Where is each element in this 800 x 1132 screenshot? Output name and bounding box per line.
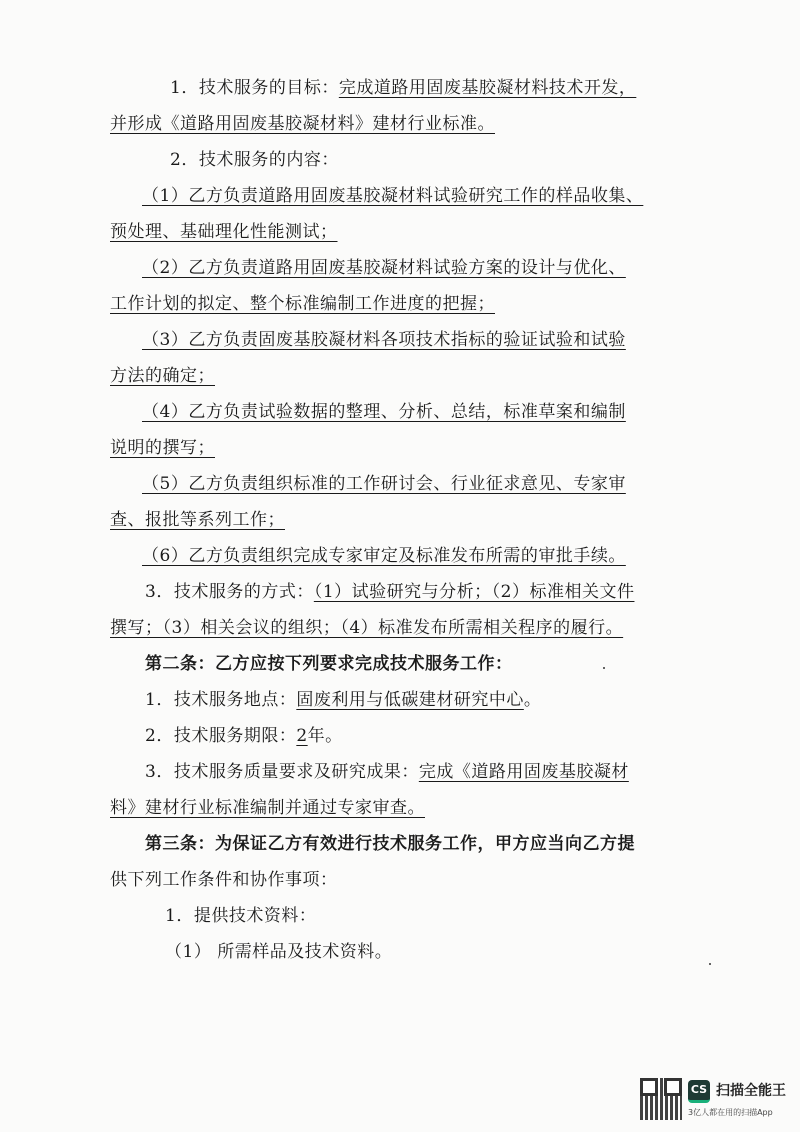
filled-value: 说明的撰写； — [110, 438, 215, 458]
target-line-2: 并形成《道路用固废基胶凝材料》建材行业标准。 — [110, 112, 495, 136]
filled-value: 方法的确定； — [110, 366, 215, 386]
filled-value: （1）试验研究与分析；（2）标准相关文件 — [314, 582, 635, 602]
label: （1） 所需样品及技术资料。 — [165, 942, 392, 962]
quality-line-2: 料》建材行业标准编制并通过专家审查。 — [110, 796, 425, 820]
filled-value: 撰写；（3）相关会议的组织；（4）标准发布所需相关程序的履行。 — [110, 618, 623, 638]
content-item-6: （6）乙方负责组织完成专家审定及标准发布所需的审批手续。 — [142, 544, 626, 568]
article-2-heading: 第二条：乙方应按下列要求完成技术服务工作： — [145, 652, 513, 676]
app-slogan: 3亿人都在用的扫描App — [688, 1107, 773, 1118]
label: 1．提供技术资料： — [165, 906, 316, 926]
service-period: 2．技术服务期限：2年。 — [145, 724, 343, 748]
label: 供下列工作条件和协作事项： — [110, 870, 338, 890]
content-heading: 2．技术服务的内容： — [170, 148, 339, 172]
provide-materials-heading: 1．提供技术资料： — [165, 904, 316, 928]
label: 3．技术服务质量要求及研究成果： — [145, 762, 419, 782]
camscanner-logo-icon: CS — [688, 1080, 710, 1103]
qr-code-icon — [640, 1078, 682, 1120]
label: 第三条：为保证乙方有效进行技术服务工作，甲方应当向乙方提 — [145, 834, 635, 854]
method-line-2: 撰写；（3）相关会议的组织；（4）标准发布所需相关程序的履行。 — [110, 616, 623, 640]
filled-value: （1）乙方负责道路用固废基胶凝材料试验研究工作的样品收集、 — [142, 186, 643, 206]
filled-value: 2 — [296, 726, 307, 746]
content-item-3a: （3）乙方负责固废基胶凝材料各项技术指标的验证试验和试验 — [142, 328, 626, 352]
filled-value: 预处理、基础理化性能测试； — [110, 222, 338, 242]
content-item-4a: （4）乙方负责试验数据的整理、分析、总结，标准草案和编制 — [142, 400, 626, 424]
filled-value: （6）乙方负责组织完成专家审定及标准发布所需的审批手续。 — [142, 546, 626, 566]
method-line-1: 3．技术服务的方式：（1）试验研究与分析；（2）标准相关文件 — [145, 580, 634, 604]
scan-speck — [603, 667, 605, 669]
label: 第二条：乙方应按下列要求完成技术服务工作： — [145, 654, 513, 674]
filled-value: （3）乙方负责固废基胶凝材料各项技术指标的验证试验和试验 — [142, 330, 626, 350]
label: 2．技术服务期限： — [145, 726, 296, 746]
suffix: 。 — [524, 690, 542, 710]
label: 2．技术服务的内容： — [170, 150, 339, 170]
article-3-line-2: 供下列工作条件和协作事项： — [110, 868, 338, 892]
label: 3．技术服务的方式： — [145, 582, 314, 602]
suffix: 年。 — [308, 726, 343, 746]
filled-value: 固废利用与低碳建材研究中心 — [296, 690, 524, 710]
filled-value: 并形成《道路用固废基胶凝材料》建材行业标准。 — [110, 114, 495, 134]
target-line-1: 1．技术服务的目标：完成道路用固废基胶凝材料技术开发， — [170, 76, 636, 100]
content-item-2a: （2）乙方负责道路用固废基胶凝材料试验方案的设计与优化、 — [142, 256, 626, 280]
content-item-1b: 预处理、基础理化性能测试； — [110, 220, 338, 244]
label: 1．技术服务的目标： — [170, 78, 339, 98]
scan-speck — [709, 963, 711, 965]
label: 1．技术服务地点： — [145, 690, 296, 710]
filled-value: （5）乙方负责组织标准的工作研讨会、行业征求意见、专家审 — [142, 474, 626, 494]
filled-value: 完成《道路用固废基胶凝材 — [419, 762, 629, 782]
content-item-1a: （1）乙方负责道路用固废基胶凝材料试验研究工作的样品收集、 — [142, 184, 643, 208]
article-3-line-1: 第三条：为保证乙方有效进行技术服务工作，甲方应当向乙方提 — [145, 832, 635, 856]
app-name: 扫描全能王 — [716, 1080, 786, 1100]
content-item-5b: 查、报批等系列工作； — [110, 508, 285, 532]
content-item-3b: 方法的确定； — [110, 364, 215, 388]
filled-value: （4）乙方负责试验数据的整理、分析、总结，标准草案和编制 — [142, 402, 626, 422]
content-item-2b: 工作计划的拟定、整个标准编制工作进度的把握； — [110, 292, 495, 316]
filled-value: 料》建材行业标准编制并通过专家审查。 — [110, 798, 425, 818]
content-item-4b: 说明的撰写； — [110, 436, 215, 460]
content-item-5a: （5）乙方负责组织标准的工作研讨会、行业征求意见、专家审 — [142, 472, 626, 496]
filled-value: （2）乙方负责道路用固废基胶凝材料试验方案的设计与优化、 — [142, 258, 626, 278]
provide-materials-item-1: （1） 所需样品及技术资料。 — [165, 940, 392, 964]
filled-value: 工作计划的拟定、整个标准编制工作进度的把握； — [110, 294, 495, 314]
filled-value: 查、报批等系列工作； — [110, 510, 285, 530]
filled-value: 完成道路用固废基胶凝材料技术开发， — [339, 78, 637, 98]
quality-line-1: 3．技术服务质量要求及研究成果：完成《道路用固废基胶凝材 — [145, 760, 629, 784]
camscanner-watermark: CS 扫描全能王 3亿人都在用的扫描App — [640, 1078, 795, 1124]
service-location: 1．技术服务地点：固废利用与低碳建材研究中心。 — [145, 688, 541, 712]
